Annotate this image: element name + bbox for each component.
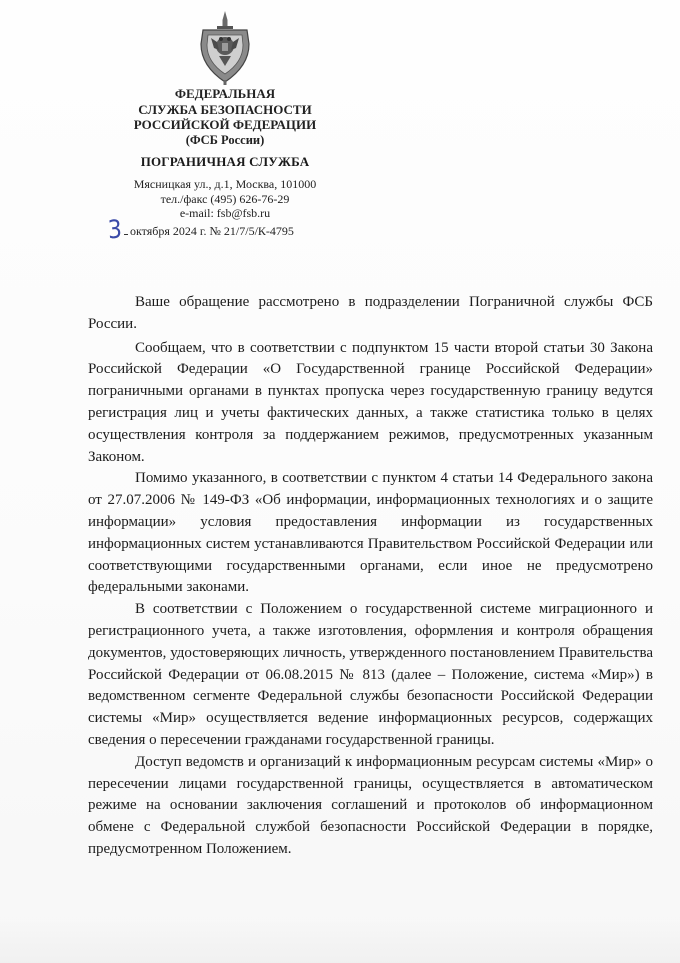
contact-block: Мясницкая ул., д.1, Москва, 101000 тел./… — [100, 177, 350, 221]
phone-fax: тел./факс (495) 626-76-29 — [100, 192, 350, 207]
fsb-shield-emblem-icon — [197, 10, 253, 86]
handwritten-day: 3 — [107, 220, 122, 242]
paragraph-3: Помимо указанного, в соответствии с пунк… — [88, 468, 653, 599]
document-page: ФЕДЕРАЛЬНАЯ СЛУЖБА БЕЗОПАСНОСТИ РОССИЙСК… — [0, 0, 680, 963]
date-and-reference: 3октября 2024 г. № 21/7/5/К-4795 — [108, 222, 368, 240]
paragraph-2: Сообщаем, что в соответствии с подпункто… — [88, 338, 653, 469]
address: Мясницкая ул., д.1, Москва, 101000 — [100, 177, 350, 192]
organization-name: ФЕДЕРАЛЬНАЯ СЛУЖБА БЕЗОПАСНОСТИ РОССИЙСК… — [100, 86, 350, 148]
date-underline — [124, 234, 128, 235]
paragraph-1: Ваше обращение рассмотрено в подразделен… — [88, 292, 653, 336]
org-line-3: РОССИЙСКОЙ ФЕДЕРАЦИИ — [100, 117, 350, 133]
date-reference-number: октября 2024 г. № 21/7/5/К-4795 — [130, 224, 294, 238]
paragraph-4: В соответствии с Положением о государств… — [88, 599, 653, 752]
org-line-2: СЛУЖБА БЕЗОПАСНОСТИ — [100, 102, 350, 118]
department-name: ПОГРАНИЧНАЯ СЛУЖБА — [100, 154, 350, 170]
scan-shadow — [0, 920, 680, 963]
email: e-mail: fsb@fsb.ru — [100, 206, 350, 221]
org-line-1: ФЕДЕРАЛЬНАЯ — [100, 86, 350, 102]
paragraph-5: Доступ ведомств и организаций к информац… — [88, 752, 653, 861]
org-abbreviation: (ФСБ России) — [100, 133, 350, 149]
letter-body: Ваше обращение рассмотрено в подразделен… — [88, 292, 653, 861]
